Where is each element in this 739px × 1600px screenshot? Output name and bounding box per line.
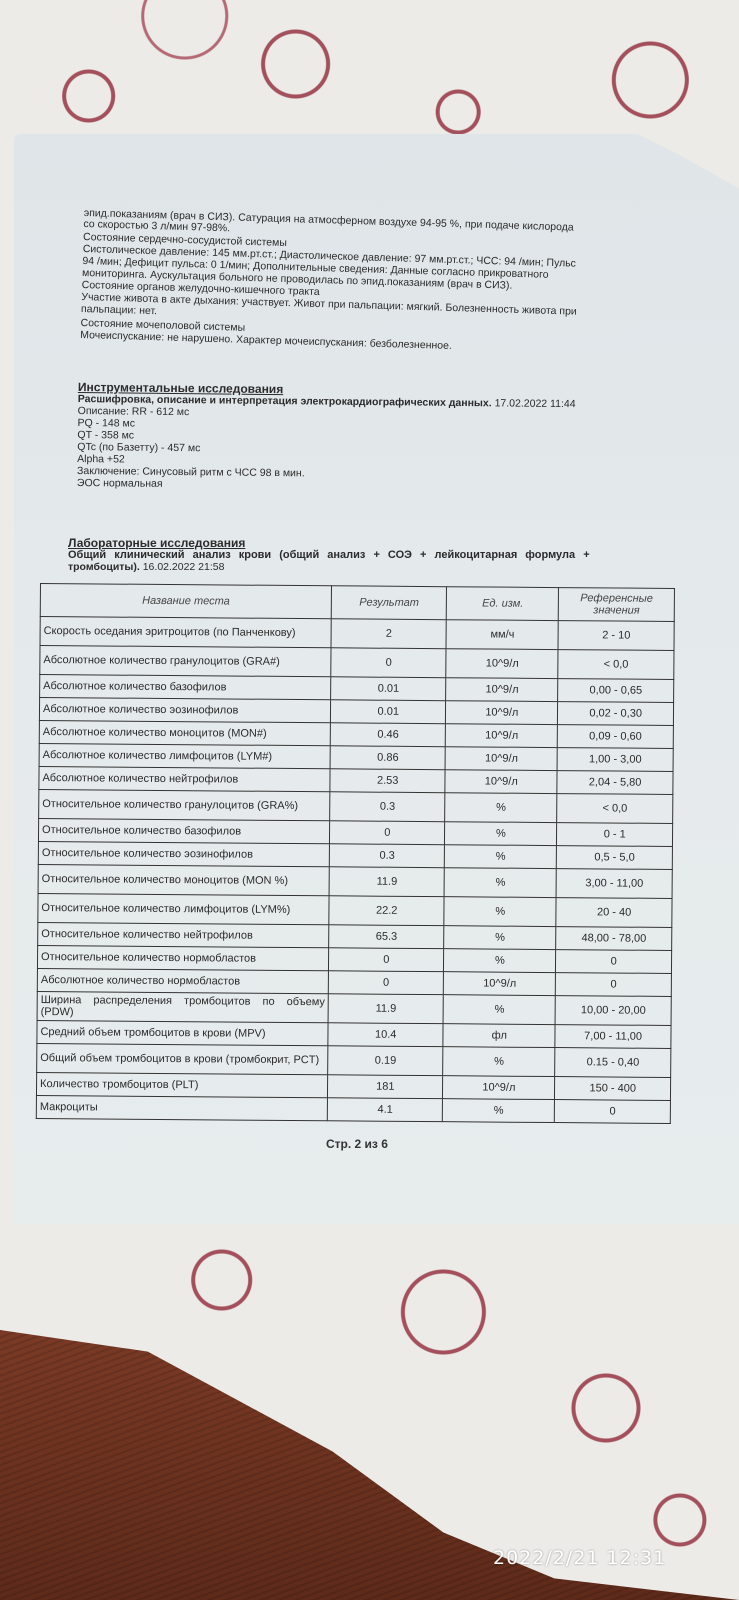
test-name: Средний объем тромбоцитов в крови (MPV): [37, 1020, 328, 1045]
col-header-unit: Ед. изм.: [447, 587, 559, 621]
test-name: Абсолютное количество гранулоцитов (GRA#…: [40, 646, 331, 677]
status-line: пальпации: нет.: [81, 304, 157, 318]
test-unit: 10^9/л: [443, 1076, 555, 1100]
test-name: Относительное количество моноцитов (MON …: [38, 864, 329, 895]
test-result: 4.1: [327, 1098, 442, 1122]
test-result: 65.3: [329, 925, 444, 949]
lab-table-body: Скорость оседания эритроцитов (по Панчен…: [36, 617, 674, 1124]
test-date: 16.02.2022 21:58: [143, 561, 225, 573]
test-unit: 10^9/л: [446, 678, 558, 702]
test-result: 0.3: [329, 844, 444, 868]
test-result: 0: [329, 948, 444, 972]
test-result: 0: [328, 971, 443, 995]
test-unit: 10^9/л: [446, 701, 558, 725]
lab-results-table: Название теста Результат Ед. изм. Рефере…: [36, 583, 675, 1124]
test-reference: 0 - 1: [557, 823, 673, 847]
test-reference: 0,00 - 0,65: [558, 679, 674, 703]
camera-timestamp: 2022/2/21 12:31: [493, 1547, 666, 1569]
test-result: 0: [330, 821, 445, 845]
test-unit: %: [445, 822, 557, 846]
test-unit: %: [445, 845, 557, 869]
test-name: Скорость оседания эритроцитов (по Панчен…: [40, 617, 331, 648]
test-reference: 150 - 400: [555, 1077, 671, 1101]
test-reference: 0: [556, 950, 672, 974]
test-name: Абсолютное количество лимфоцитов (LYM#): [39, 743, 330, 768]
test-reference: 2 - 10: [558, 621, 674, 651]
test-unit: %: [443, 995, 555, 1025]
status-line: Мочеиспускание: не нарушено. Характер мо…: [80, 330, 452, 353]
test-reference: 0,02 - 0,30: [558, 702, 674, 726]
test-name: Макроциты: [36, 1095, 327, 1120]
ecg-date: 17.02.2022 11:44: [495, 397, 576, 410]
test-reference: 48,00 - 78,00: [556, 927, 672, 951]
test-unit: мм/ч: [446, 620, 558, 650]
test-result: 11.9: [328, 994, 443, 1024]
test-name: Абсолютное количество нейтрофилов: [39, 766, 330, 791]
test-unit: %: [443, 1047, 555, 1077]
test-unit: %: [445, 793, 557, 823]
test-name: Относительное количество базофилов: [38, 818, 329, 843]
test-result: 0.01: [331, 700, 446, 724]
test-name: Относительное количество лимфоцитов (LYM…: [38, 893, 329, 924]
test-reference: 7,00 - 11,00: [555, 1025, 671, 1049]
test-unit: 10^9/л: [444, 972, 556, 996]
test-unit: %: [444, 949, 556, 973]
test-unit: 10^9/л: [446, 724, 558, 748]
test-result: 11.9: [329, 867, 444, 897]
test-result: 0.19: [328, 1046, 443, 1076]
test-result: 181: [328, 1075, 443, 1099]
test-name: Относительное количество эозинофилов: [38, 841, 329, 866]
test-name: Относительное количество гранулоцитов (G…: [39, 789, 330, 820]
test-name: Абсолютное количество нормобластов: [37, 968, 328, 993]
col-header-reference: Референсные значения: [559, 588, 675, 622]
test-result: 22.2: [329, 896, 444, 926]
test-reference: < 0,0: [558, 650, 674, 680]
test-reference: 10,00 - 20,00: [555, 996, 671, 1026]
test-unit: 10^9/л: [445, 770, 557, 794]
test-reference: 0: [556, 973, 672, 997]
table-row: Макроциты4.1%0: [36, 1095, 670, 1123]
test-result: 2: [331, 619, 446, 649]
test-title-cont: тромбоциты).: [68, 561, 140, 573]
test-name: Относительное количество нормобластов: [37, 945, 328, 970]
test-reference: 0,5 - 5,0: [557, 846, 673, 870]
test-reference: 0.15 - 0,40: [555, 1048, 671, 1078]
test-result: 0.86: [330, 746, 445, 770]
test-name: Количество тромбоцитов (PLT): [36, 1072, 327, 1097]
test-name: Абсолютное количество базофилов: [40, 675, 331, 700]
test-name: Абсолютное количество моноцитов (MON#): [39, 720, 330, 745]
ecg-line: ЭОС нормальная: [77, 478, 163, 490]
test-result: 10.4: [328, 1023, 443, 1047]
test-unit: %: [443, 1099, 555, 1123]
test-result: 0: [331, 648, 446, 678]
test-name: Абсолютное количество эозинофилов: [39, 698, 330, 723]
test-result: 0.46: [330, 723, 445, 747]
test-unit: 10^9/л: [446, 649, 558, 679]
test-name: Ширина распределения тромбоцитов по объе…: [37, 991, 328, 1022]
test-unit: %: [444, 926, 556, 950]
test-name: Относительное количество нейтрофилов: [38, 922, 329, 947]
test-unit: фл: [443, 1024, 555, 1048]
test-result: 0.3: [330, 792, 445, 822]
test-unit: %: [444, 868, 556, 898]
test-unit: %: [444, 897, 556, 927]
test-name: Общий объем тромбоцитов в крови (тромбок…: [37, 1043, 328, 1074]
test-reference: 20 - 40: [556, 898, 672, 928]
test-unit: 10^9/л: [445, 747, 557, 771]
test-title: Общий клинический анализ крови (общий ан…: [68, 550, 590, 562]
test-result: 0.01: [331, 677, 446, 701]
test-reference: 3,00 - 11,00: [556, 869, 672, 899]
test-result: 2.53: [330, 769, 445, 793]
page-number: Стр. 2 из 6: [326, 1137, 388, 1151]
test-reference: 0: [555, 1100, 671, 1124]
col-header-result: Результат: [331, 586, 446, 620]
test-reference: 0,09 - 0,60: [558, 725, 674, 749]
test-reference: < 0,0: [557, 794, 673, 824]
test-reference: 1,00 - 3,00: [557, 748, 673, 772]
table-header-row: Название теста Результат Ед. изм. Рефере…: [40, 584, 674, 622]
document-content: эпид.показаниям (врач в СИЗ). Сатурация …: [0, 0, 739, 1600]
laboratory-heading: Лабораторные исследования: [68, 538, 245, 550]
col-header-name: Название теста: [40, 584, 331, 619]
test-reference: 2,04 - 5,80: [557, 771, 673, 795]
